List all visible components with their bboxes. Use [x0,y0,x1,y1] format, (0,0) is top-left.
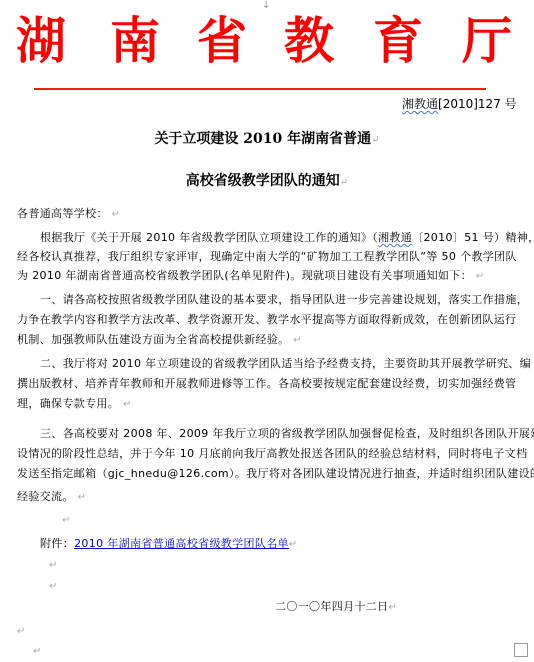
item-1-line-3: 机制、加强教师队伍建设方面为全省高校提供新经验。 ↵ [17,333,517,348]
document-title-line-1: 关于立项建设 2010 年湖南省普通↵ [0,130,534,150]
document-title-line-2: 高校省级教学团队的通知↵ [0,172,534,192]
item-1-line-1: 一、请各高校按照省级教学团队建设的基本要求，指导团队进一步完善建设规划，落实工作… [40,293,534,307]
item-3-line-2: 设情况的阶段性总结，并于今年 10 月底前向我厅高教处报送各团队的经验总结材料，… [17,447,517,461]
issue-date: 二〇一〇年四月十二日↵ [275,600,534,615]
masthead-char: 省 [197,10,247,72]
salutation: 各普通高等学校： ↵ [17,207,517,222]
paragraph-mark-icon: ↵ [340,177,348,188]
document-number: 湘教通[2010]127 号 [402,96,517,112]
paragraph-mark-icon: ↵ [78,492,87,503]
paragraph-mark-icon: ↵ [49,560,58,571]
masthead-char: 厅 [462,10,512,72]
empty-paragraph: ↵ [62,513,534,528]
intro-line-3: 为 2010 年湖南省普通高校省级教学团队(名单见附件)。现就项目建设有关事项通… [17,269,517,284]
item-3-line-1: 三、各高校要对 2008 年、2009 年我厅立项的省级教学团队加强督促检查，及… [40,427,534,441]
item-2-line-2: 撰出版教材、培养青年教师和开展教师进修等工作。各高校要按规定配套建设经费，切实加… [17,377,517,391]
masthead-char: 教 [284,10,334,72]
paragraph-mark-icon: ↵ [476,271,485,282]
page-corner-box [514,643,528,657]
masthead-title: 湖 南 省 教 育 厅 [0,10,534,72]
paragraph-mark-icon: ↵ [123,399,132,410]
reference-abbrev[interactable]: 湘教通 [378,231,412,244]
paragraph-mark-icon: ↵ [49,581,58,592]
empty-paragraph: ↵ [49,558,534,573]
attachment-line: 附件：2010 年湖南省普通高校省级教学团队名单↵ [40,537,534,552]
masthead-char: 湖 [16,10,66,72]
masthead-char: 南 [110,10,160,72]
paragraph-mark-icon: ↵ [112,209,121,220]
paragraph-mark-icon: ↵ [62,515,71,526]
paragraph-mark-icon: ↵ [17,626,26,637]
item-3-line-3: 发送至指定邮箱（gjc_hnedu@126.com）。我厅将对各团队建设情况进行… [17,467,517,481]
empty-paragraph: ↵ [33,644,533,659]
intro-line-2: 经各校认真推荐，我厅组织专家评审，现确定中南大学的“矿物加工工程教学团队”等 5… [17,250,517,264]
item-1-line-2: 力争在教学内容和教学方法改革、教学资源开发、教学水平提高等方面取得新成效，在创新… [17,313,517,327]
paragraph-mark-icon: ↵ [389,602,398,613]
item-2-line-1: 二、我厅将对 2010 年立项建设的省级教学团队适当给予经费支持，主要资助其开展… [40,357,534,371]
empty-paragraph: ↵ [49,579,534,594]
masthead-char: 育 [373,10,423,72]
attachment-link[interactable]: 2010 年湖南省普通高校省级教学团队名单 [74,537,289,550]
doc-number-prefix[interactable]: 湘教通 [402,97,438,111]
paragraph-mark-icon: ↵ [33,646,42,657]
empty-paragraph: ↵ [17,624,517,639]
item-3-line-4: 经验交流。 ↵ [17,490,517,505]
intro-line-1: 根据我厅《关于开展 2010 年省级教学团队立项建设工作的通知》（湘教通〔201… [40,231,534,245]
paragraph-mark-icon: ↵ [293,335,302,346]
paragraph-mark-icon: ↵ [289,539,298,550]
item-2-line-3: 理，确保专款专用。 ↵ [17,397,517,412]
masthead-divider [34,88,486,90]
attachment-label: 附件： [40,537,74,550]
doc-number-rest: [2010]127 号 [438,97,517,111]
paragraph-mark-icon: ↵ [371,135,379,146]
